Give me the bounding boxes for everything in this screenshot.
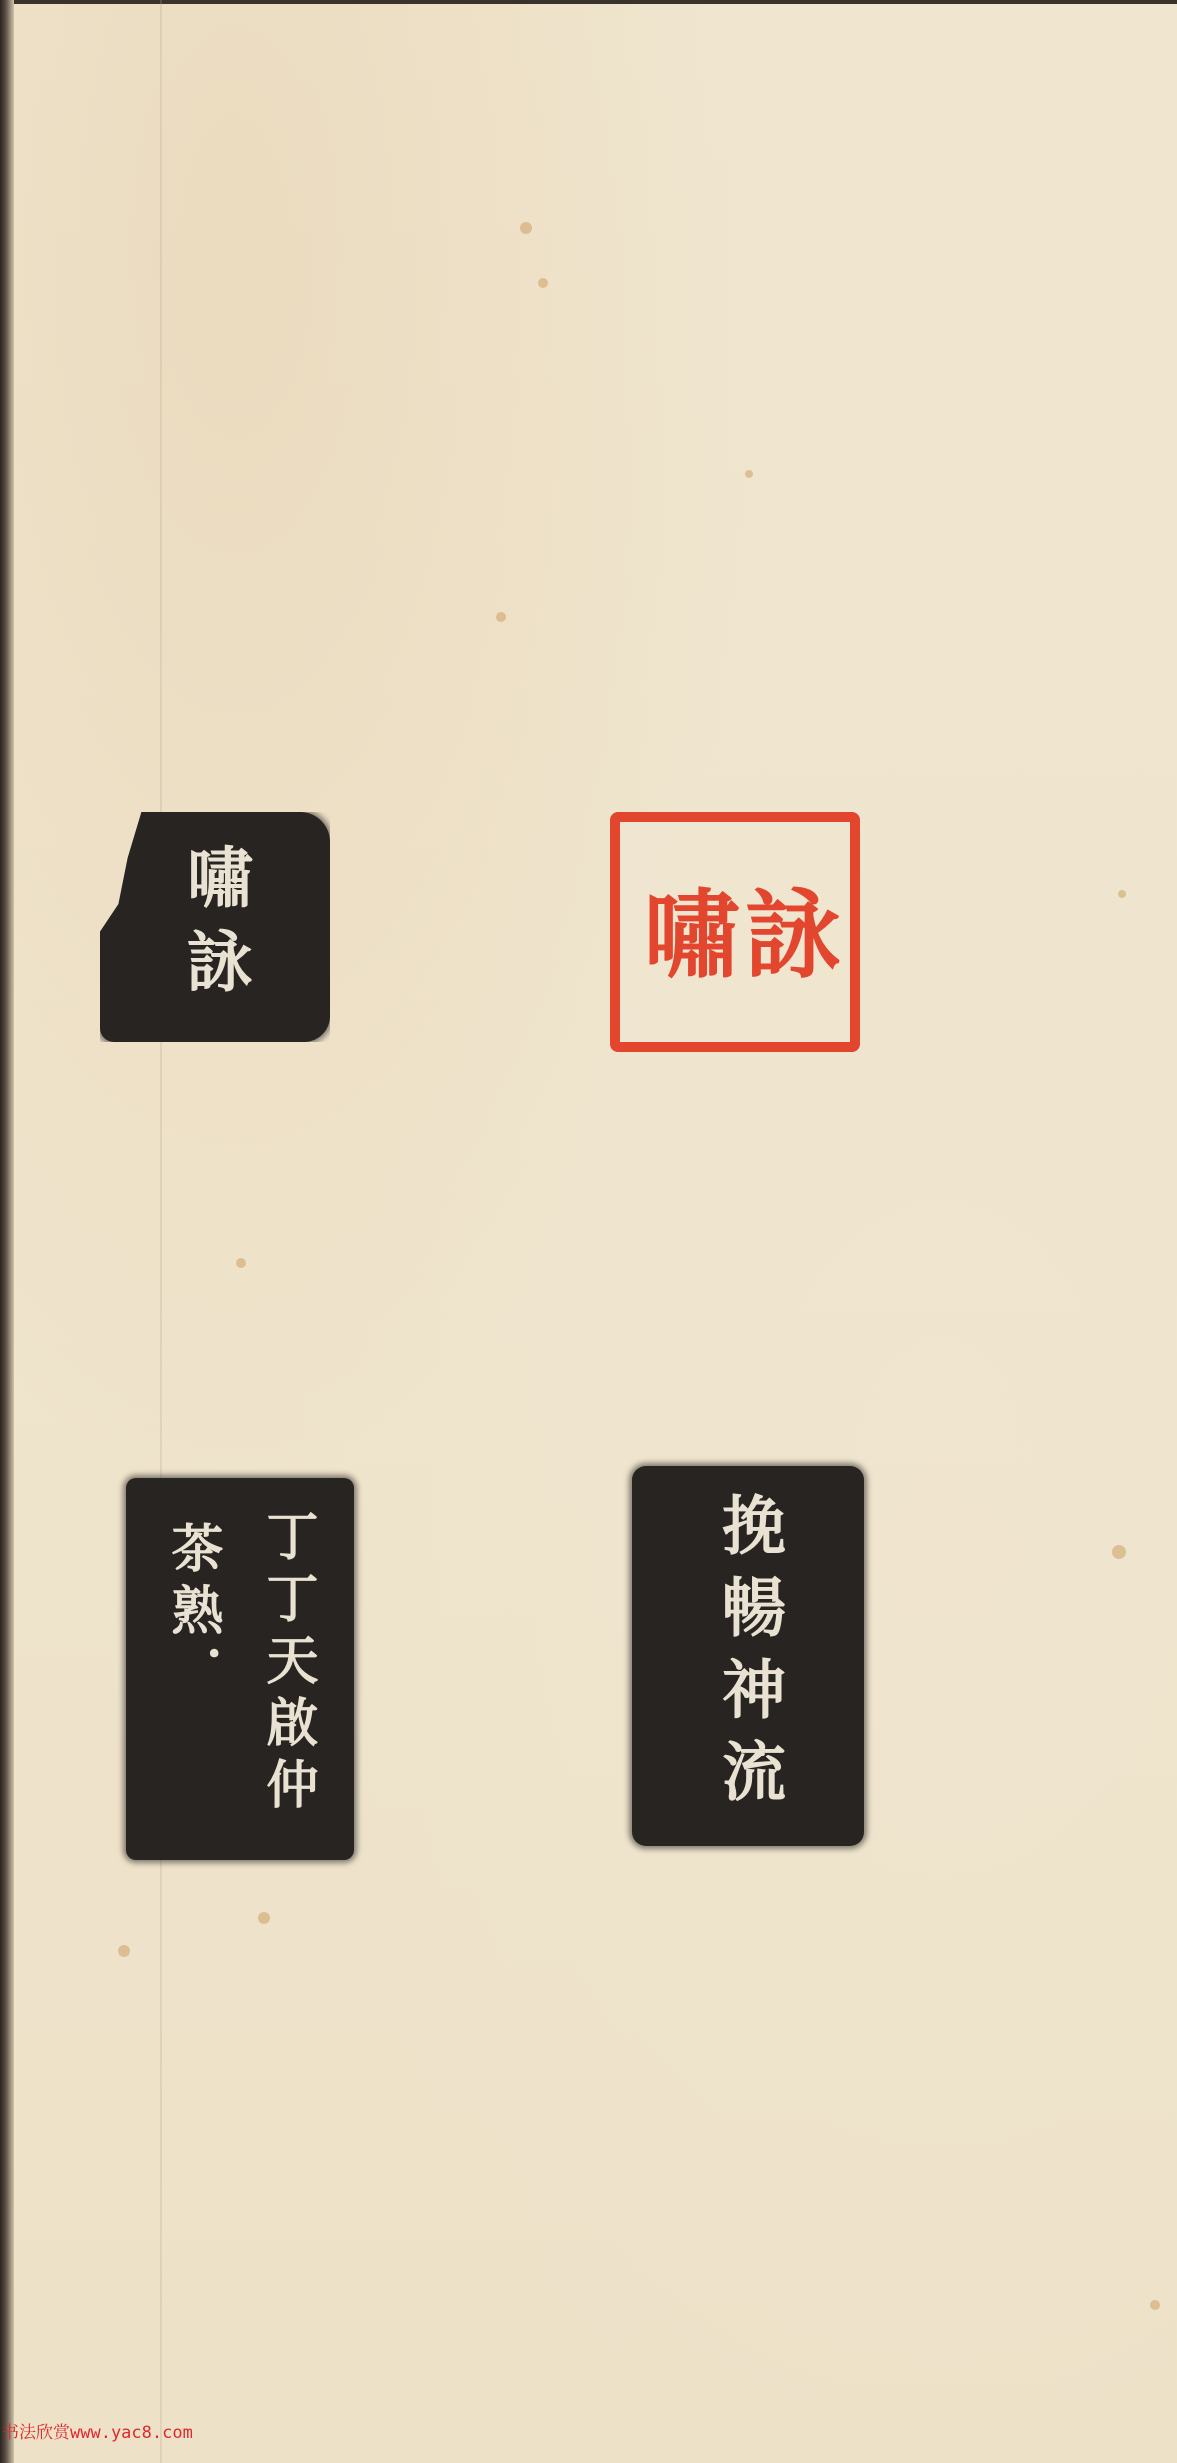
seal-text: 嘯詠	[168, 843, 263, 1011]
foxing-spot	[538, 278, 548, 288]
inscription-column-right: 丁丁天啟仲	[250, 1509, 325, 1819]
seal-character-right: 嘯	[636, 884, 732, 980]
page-binding-edge	[0, 0, 14, 2463]
seal-rubbing-date-inscription: 丁丁天啟仲 茶熟．	[126, 1478, 354, 1860]
foxing-spot	[236, 1258, 246, 1268]
seal-rubbing-xiaoyong: 嘯詠	[100, 812, 330, 1042]
foxing-spot	[1118, 890, 1126, 898]
site-watermark: 书法欣赏www.yac8.com	[2, 2418, 193, 2443]
seal-character-left: 詠	[738, 884, 834, 980]
page-top-edge	[0, 0, 1177, 4]
foxing-spot	[496, 612, 506, 622]
foxing-spot	[118, 1945, 130, 1957]
foxing-spot	[1150, 2300, 1160, 2310]
foxing-spot	[258, 1912, 270, 1924]
seal-text: 挽暢神流	[702, 1492, 794, 1820]
paper-fold-line	[160, 0, 162, 2463]
seal-red-impression: 嘯 詠	[610, 812, 860, 1052]
foxing-spot	[745, 470, 753, 478]
seal-rubbing-four-characters: 挽暢神流	[632, 1466, 864, 1846]
foxing-spot	[520, 222, 532, 234]
album-page: 嘯詠 嘯 詠 丁丁天啟仲 茶熟． 挽暢神流 书法欣赏www.yac8.com	[0, 0, 1177, 2463]
inscription-column-left: 茶熟．	[155, 1521, 230, 1707]
foxing-spot	[1112, 1545, 1126, 1559]
